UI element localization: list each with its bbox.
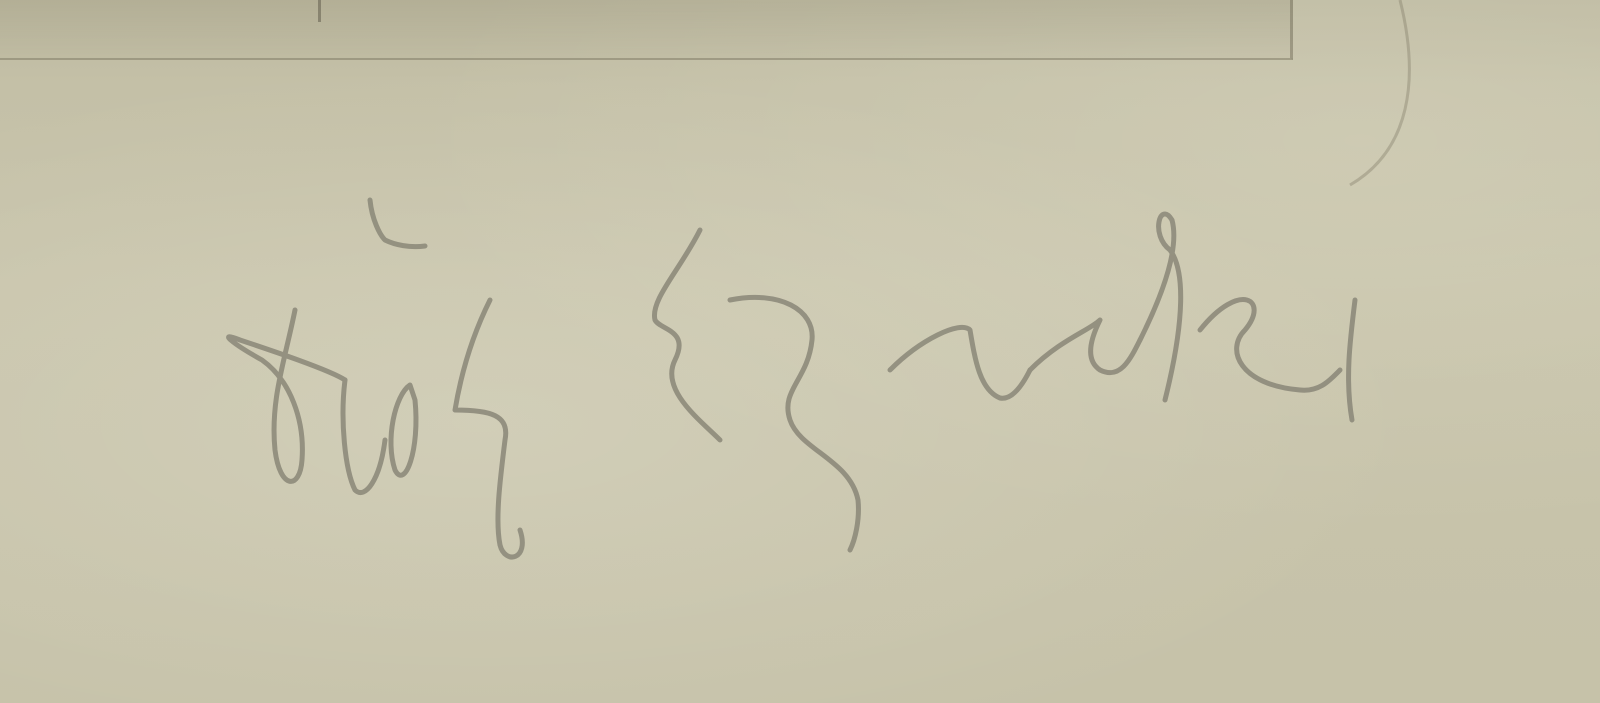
- paper-sheet: Józef Sztarski: [0, 0, 1600, 703]
- pencil-signature: [0, 0, 1600, 703]
